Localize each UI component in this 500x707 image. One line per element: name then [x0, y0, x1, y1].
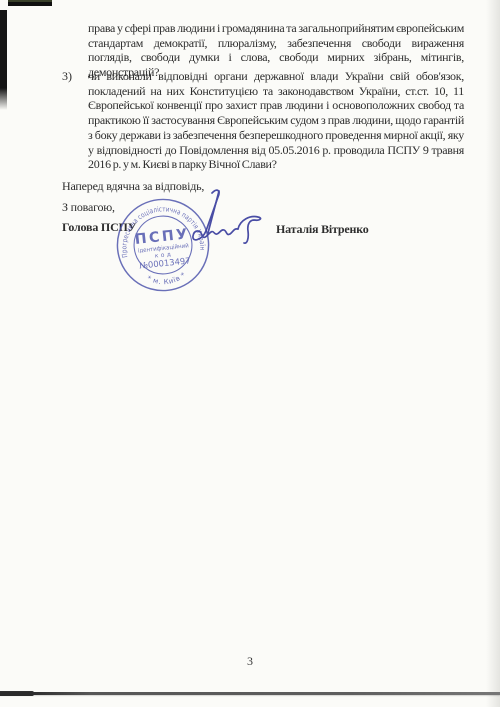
list-item-3-text: чи виконали відповідні органи державної …	[88, 69, 464, 172]
scan-artifact-top-bar	[8, 0, 52, 6]
scan-artifact-bottom-edge	[0, 692, 500, 695]
closing-regards-line: З повагою,	[62, 200, 115, 214]
scanned-letter-page: права у сфері прав людини і громадянина …	[0, 0, 500, 707]
signature-icon	[170, 187, 265, 249]
page-number: 3	[247, 654, 253, 669]
stamp-ring-bottom-text: * м. Київ *	[145, 270, 189, 288]
signer-name: Наталія Вітренко	[276, 222, 369, 236]
scan-artifact-right-shade	[486, 0, 500, 707]
stamp-center-line3: №00013497	[139, 255, 191, 270]
scan-artifact-left-strip	[0, 10, 7, 110]
list-item-3-marker: 3)	[62, 69, 72, 84]
svg-text:* м. Київ *: * м. Київ *	[145, 270, 189, 288]
